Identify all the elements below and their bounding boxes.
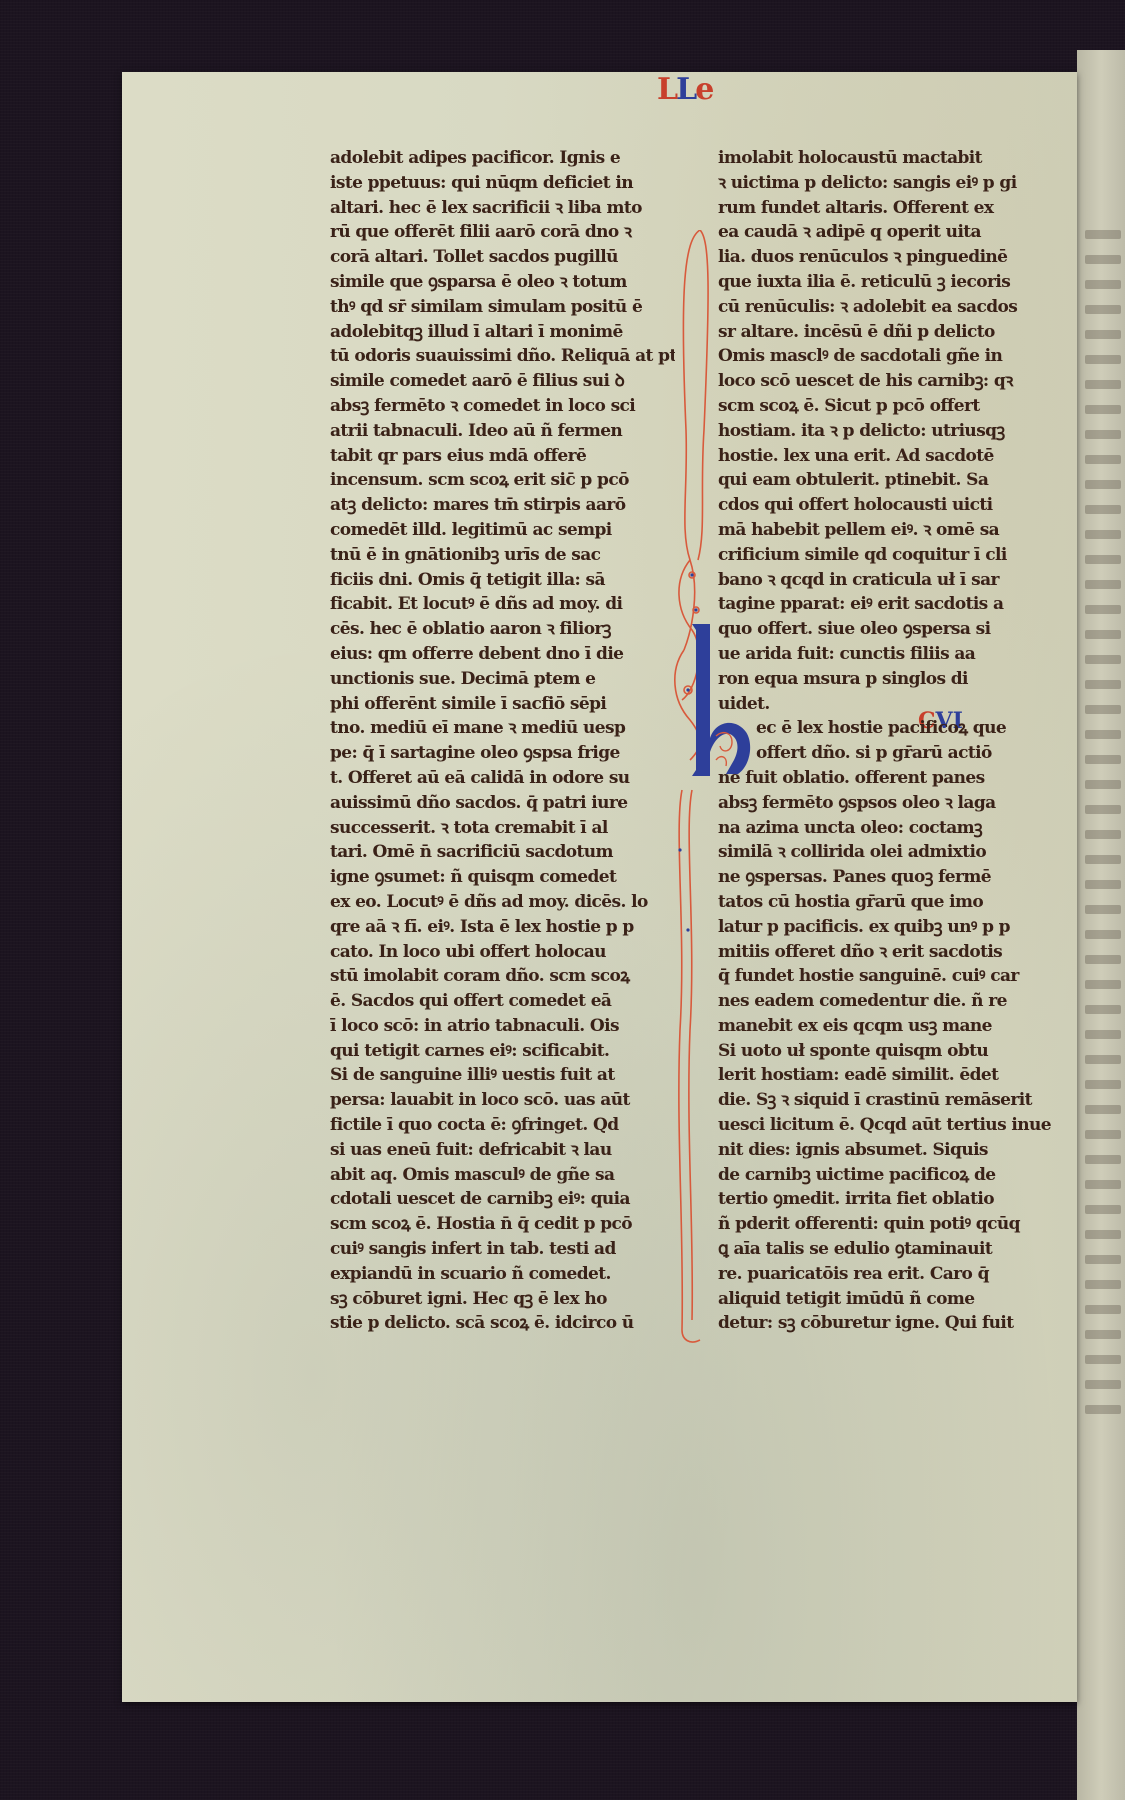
text-line: nit dies: ignis absumet. Siquis — [718, 1138, 1063, 1163]
text-line: loco scō uescet de his carnibꝫ: qꝛ — [718, 369, 1063, 394]
text-line: comedēt illd. legitimū ac sempi — [330, 518, 675, 543]
text-line: similā ꝛ collirida olei admixtio — [718, 840, 1063, 865]
text-line: eius: qm offerre debent dno ī die — [330, 642, 675, 667]
text-line: rum fundet altaris. Offerent ex — [718, 196, 1063, 221]
text-line: Si uoto uł sponte quisqm obtu — [718, 1039, 1063, 1064]
text-line: scm scoꝝ ē. Hostia n̄ q̄ cedit p pcō — [330, 1212, 675, 1237]
text-line: t. Offeret aū eā calidā in odore su — [330, 766, 675, 791]
text-line: atrii tabnaculi. Ideo aū ñ fermen — [330, 419, 675, 444]
text-line: cuiꝰ sangis infert in tab. testi ad — [330, 1237, 675, 1262]
text-line: scm scoꝝ ē. Sicut p pcō offert — [718, 394, 1063, 419]
text-line: que iuxta ilia ē. reticulū ꝫ iecoris — [718, 270, 1063, 295]
text-line: tnū ē in gnātionibꝫ urīs de sac — [330, 543, 675, 568]
text-line: qui tetigit carnes eiꝰ: scificabit. — [330, 1039, 675, 1064]
text-line: de carnibꝫ uictime pacificoꝝ de — [718, 1163, 1063, 1188]
text-line: uesci licitum ē. Qcqd aūt tertius inue — [718, 1113, 1063, 1138]
text-line: phi offerēnt simile ī sacfiō sēpi — [330, 692, 675, 717]
text-line: sꝫ cōburet igni. Hec qꝫ ē lex ho — [330, 1287, 675, 1312]
text-line: persa: lauabit in loco scō. uas aūt — [330, 1088, 675, 1113]
text-line: tari. Omē n̄ sacrificiū sacdotum — [330, 840, 675, 865]
text-line: lerit hostiam: eadē similit. ēdet — [718, 1063, 1063, 1088]
text-line: manebit ex eis qcqm usꝫ mane — [718, 1014, 1063, 1039]
text-line: tatos cū hostia gr̄arū que imo — [718, 890, 1063, 915]
text-line: ñ pderit offerenti: quin potiꝰ qcūq — [718, 1212, 1063, 1237]
text-line: sr altare. incēsū ē dñi p delicto — [718, 320, 1063, 345]
text-line: cēs. hec ē oblatio aaron ꝛ filiorꝫ — [330, 617, 675, 642]
text-line: adolebit adipes pacificor. Ignis e — [330, 146, 675, 171]
text-line: tū odoris suauissimi dño. Reliquā at pte — [330, 344, 675, 369]
text-line: mā habebit pellem eiꝰ. ꝛ omē sa — [718, 518, 1063, 543]
text-line: thꝰ qd sr̄ similam simulam positū ē — [330, 295, 675, 320]
text-line: ꝛ uictima p delicto: sangis eiꝰ p gi — [718, 171, 1063, 196]
text-line: cdotali uescet de carnibꝫ eiꝰ: quia — [330, 1187, 675, 1212]
text-column-left: adolebit adipes pacificor. Ignis e iste … — [330, 146, 675, 1336]
text-line: detur: sꝫ cōburetur igne. Qui fuit — [718, 1311, 1063, 1336]
text-line: Si de sanguine illiꝰ uestis fuit at — [330, 1063, 675, 1088]
text-line: bano ꝛ qcqd in craticula uł ī sar — [718, 568, 1063, 593]
text-line: ficiis dni. Omis q̄ tetigit illa: sā — [330, 568, 675, 593]
text-line: expiandū in scuario ñ comedet. — [330, 1262, 675, 1287]
text-line: igne ꝯsumet: ñ quisqm comedet — [330, 865, 675, 890]
text-line: tno. mediū eī mane ꝛ mediū uesp — [330, 716, 675, 741]
text-line: si uas eneū fuit: defricabit ꝛ lau — [330, 1138, 675, 1163]
text-line: mitiis offeret dño ꝛ erit sacdotis — [718, 940, 1063, 965]
text-line: tagine pparat: eiꝰ erit sacdotis a — [718, 592, 1063, 617]
text-line: absꝫ fermēto ꝛ comedet in loco sci — [330, 394, 675, 419]
text-line: ē. Sacdos qui offert comedet eā — [330, 989, 675, 1014]
text-line: q̄ fundet hostie sanguinē. cuiꝰ car — [718, 964, 1063, 989]
text-line: pe: q̄ ī sartagine oleo ꝯspsa frige — [330, 741, 675, 766]
text-line: ue arida fuit: cunctis filiis aa — [718, 642, 1063, 667]
text-line: ī loco scō: in atrio tabnaculi. Ois — [330, 1014, 675, 1039]
text-line: incensum. scm scoꝝ erit sic̄ p pcō — [330, 468, 675, 493]
text-line: unctionis sue. Decimā ptem e — [330, 667, 675, 692]
text-line: cū renūculis: ꝛ adolebit ea sacdos — [718, 295, 1063, 320]
running-head: LLe — [657, 72, 712, 107]
text-line: aliquid tetigit imūdū ñ come — [718, 1287, 1063, 1312]
text-line: na azima uncta oleo: coctamꝫ — [718, 816, 1063, 841]
text-line: auissimū dño sacdos. q̄ patri iure — [330, 791, 675, 816]
text-line: quo offert. siue oleo ꝯspersa si — [718, 617, 1063, 642]
text-line: ꝗ aīa talis se edulio ꝯtaminauit — [718, 1237, 1063, 1262]
text-line: lia. duos renūculos ꝛ pinguedinē — [718, 245, 1063, 270]
text-line: imolabit holocaustū mactabit — [718, 146, 1063, 171]
adjacent-page-edge — [1077, 50, 1125, 1800]
running-head-e: e — [695, 72, 712, 107]
text-line: offert dño. si p gr̄arū actiō — [718, 741, 1063, 766]
text-line: atꝫ delicto: mares tm̄ stirpis aarō — [330, 493, 675, 518]
text-line: corā altari. Tollet sacdos pugillū — [330, 245, 675, 270]
text-line: re. puaricatōis rea erit. Caro q̄ — [718, 1262, 1063, 1287]
text-line: tertio ꝯmedit. irrita fiet oblatio — [718, 1187, 1063, 1212]
text-line: abit aq. Omis masculꝰ de gñe sa — [330, 1163, 675, 1188]
text-line: rū que offerēt filii aarō corā dno ꝛ — [330, 220, 675, 245]
running-head-l-blue: L — [676, 72, 695, 107]
text-line: ficabit. Et locutꝰ ē dñs ad moy. di — [330, 592, 675, 617]
text-line: Omis masclꝰ de sacdotali gñe in — [718, 344, 1063, 369]
text-line: latur p pacificis. ex quibꝫ unꝰ p p — [718, 915, 1063, 940]
text-line: simile comedet aarō ē filius sui ꝺ — [330, 369, 675, 394]
text-line: altari. hec ē lex sacrificii ꝛ liba mto — [330, 196, 675, 221]
text-line: ex eo. Locutꝰ ē dñs ad moy. dicēs. lo — [330, 890, 675, 915]
text-line: qre aā ꝛ fī. eiꝰ. Ista ē lex hostie p p — [330, 915, 675, 940]
text-line: absꝫ fermēto ꝯspsos oleo ꝛ laga — [718, 791, 1063, 816]
text-line: adolebitqꝫ illud ī altari ī monimē — [330, 320, 675, 345]
text-line: successerit. ꝛ tota cremabit ī al — [330, 816, 675, 841]
text-line: ron equa msura p singlos di — [718, 667, 1063, 692]
text-line: simile que ꝯsparsa ē oleo ꝛ totum — [330, 270, 675, 295]
text-line: crificium simile qd coquitur ī cli — [718, 543, 1063, 568]
text-line: cato. In loco ubi offert holocau — [330, 940, 675, 965]
text-line: fictile ī quo cocta ē: ꝯfringet. Qd — [330, 1113, 675, 1138]
text-line: qui eam obtulerit. ptinebit. Sa — [718, 468, 1063, 493]
text-line: ne ꝯspersas. Panes quoꝫ fermē — [718, 865, 1063, 890]
text-line: die. Sꝫ ꝛ siquid ī crastinū remāserit — [718, 1088, 1063, 1113]
text-column-right: imolabit holocaustū mactabit ꝛ uictima p… — [718, 146, 1063, 1336]
text-line: stū imolabit coram dño. scm scoꝝ — [330, 964, 675, 989]
running-head-l-red: L — [657, 72, 676, 107]
text-line: iste ppetuus: qui nūqm deficiet in — [330, 171, 675, 196]
text-line: cdos qui offert holocausti uicti — [718, 493, 1063, 518]
text-line: stie p delicto. scā scoꝝ ē. idcirco ū — [330, 1311, 675, 1336]
text-line: uidet. — [718, 692, 1063, 717]
text-line: nes eadem comedentur die. ñ re — [718, 989, 1063, 1014]
penwork-flourish-icon — [670, 230, 716, 1350]
text-line: ne fuit oblatio. offerent panes — [718, 766, 1063, 791]
text-line: tabit qr pars eius mdā offerē — [330, 444, 675, 469]
text-line: hostie. lex una erit. Ad sacdotē — [718, 444, 1063, 469]
text-line: hostiam. ita ꝛ p delicto: utriusqꝫ — [718, 419, 1063, 444]
text-line: ea caudā ꝛ adipē q operit uita — [718, 220, 1063, 245]
text-line: ec ē lex hostie pacificoꝝ que — [718, 716, 1063, 741]
